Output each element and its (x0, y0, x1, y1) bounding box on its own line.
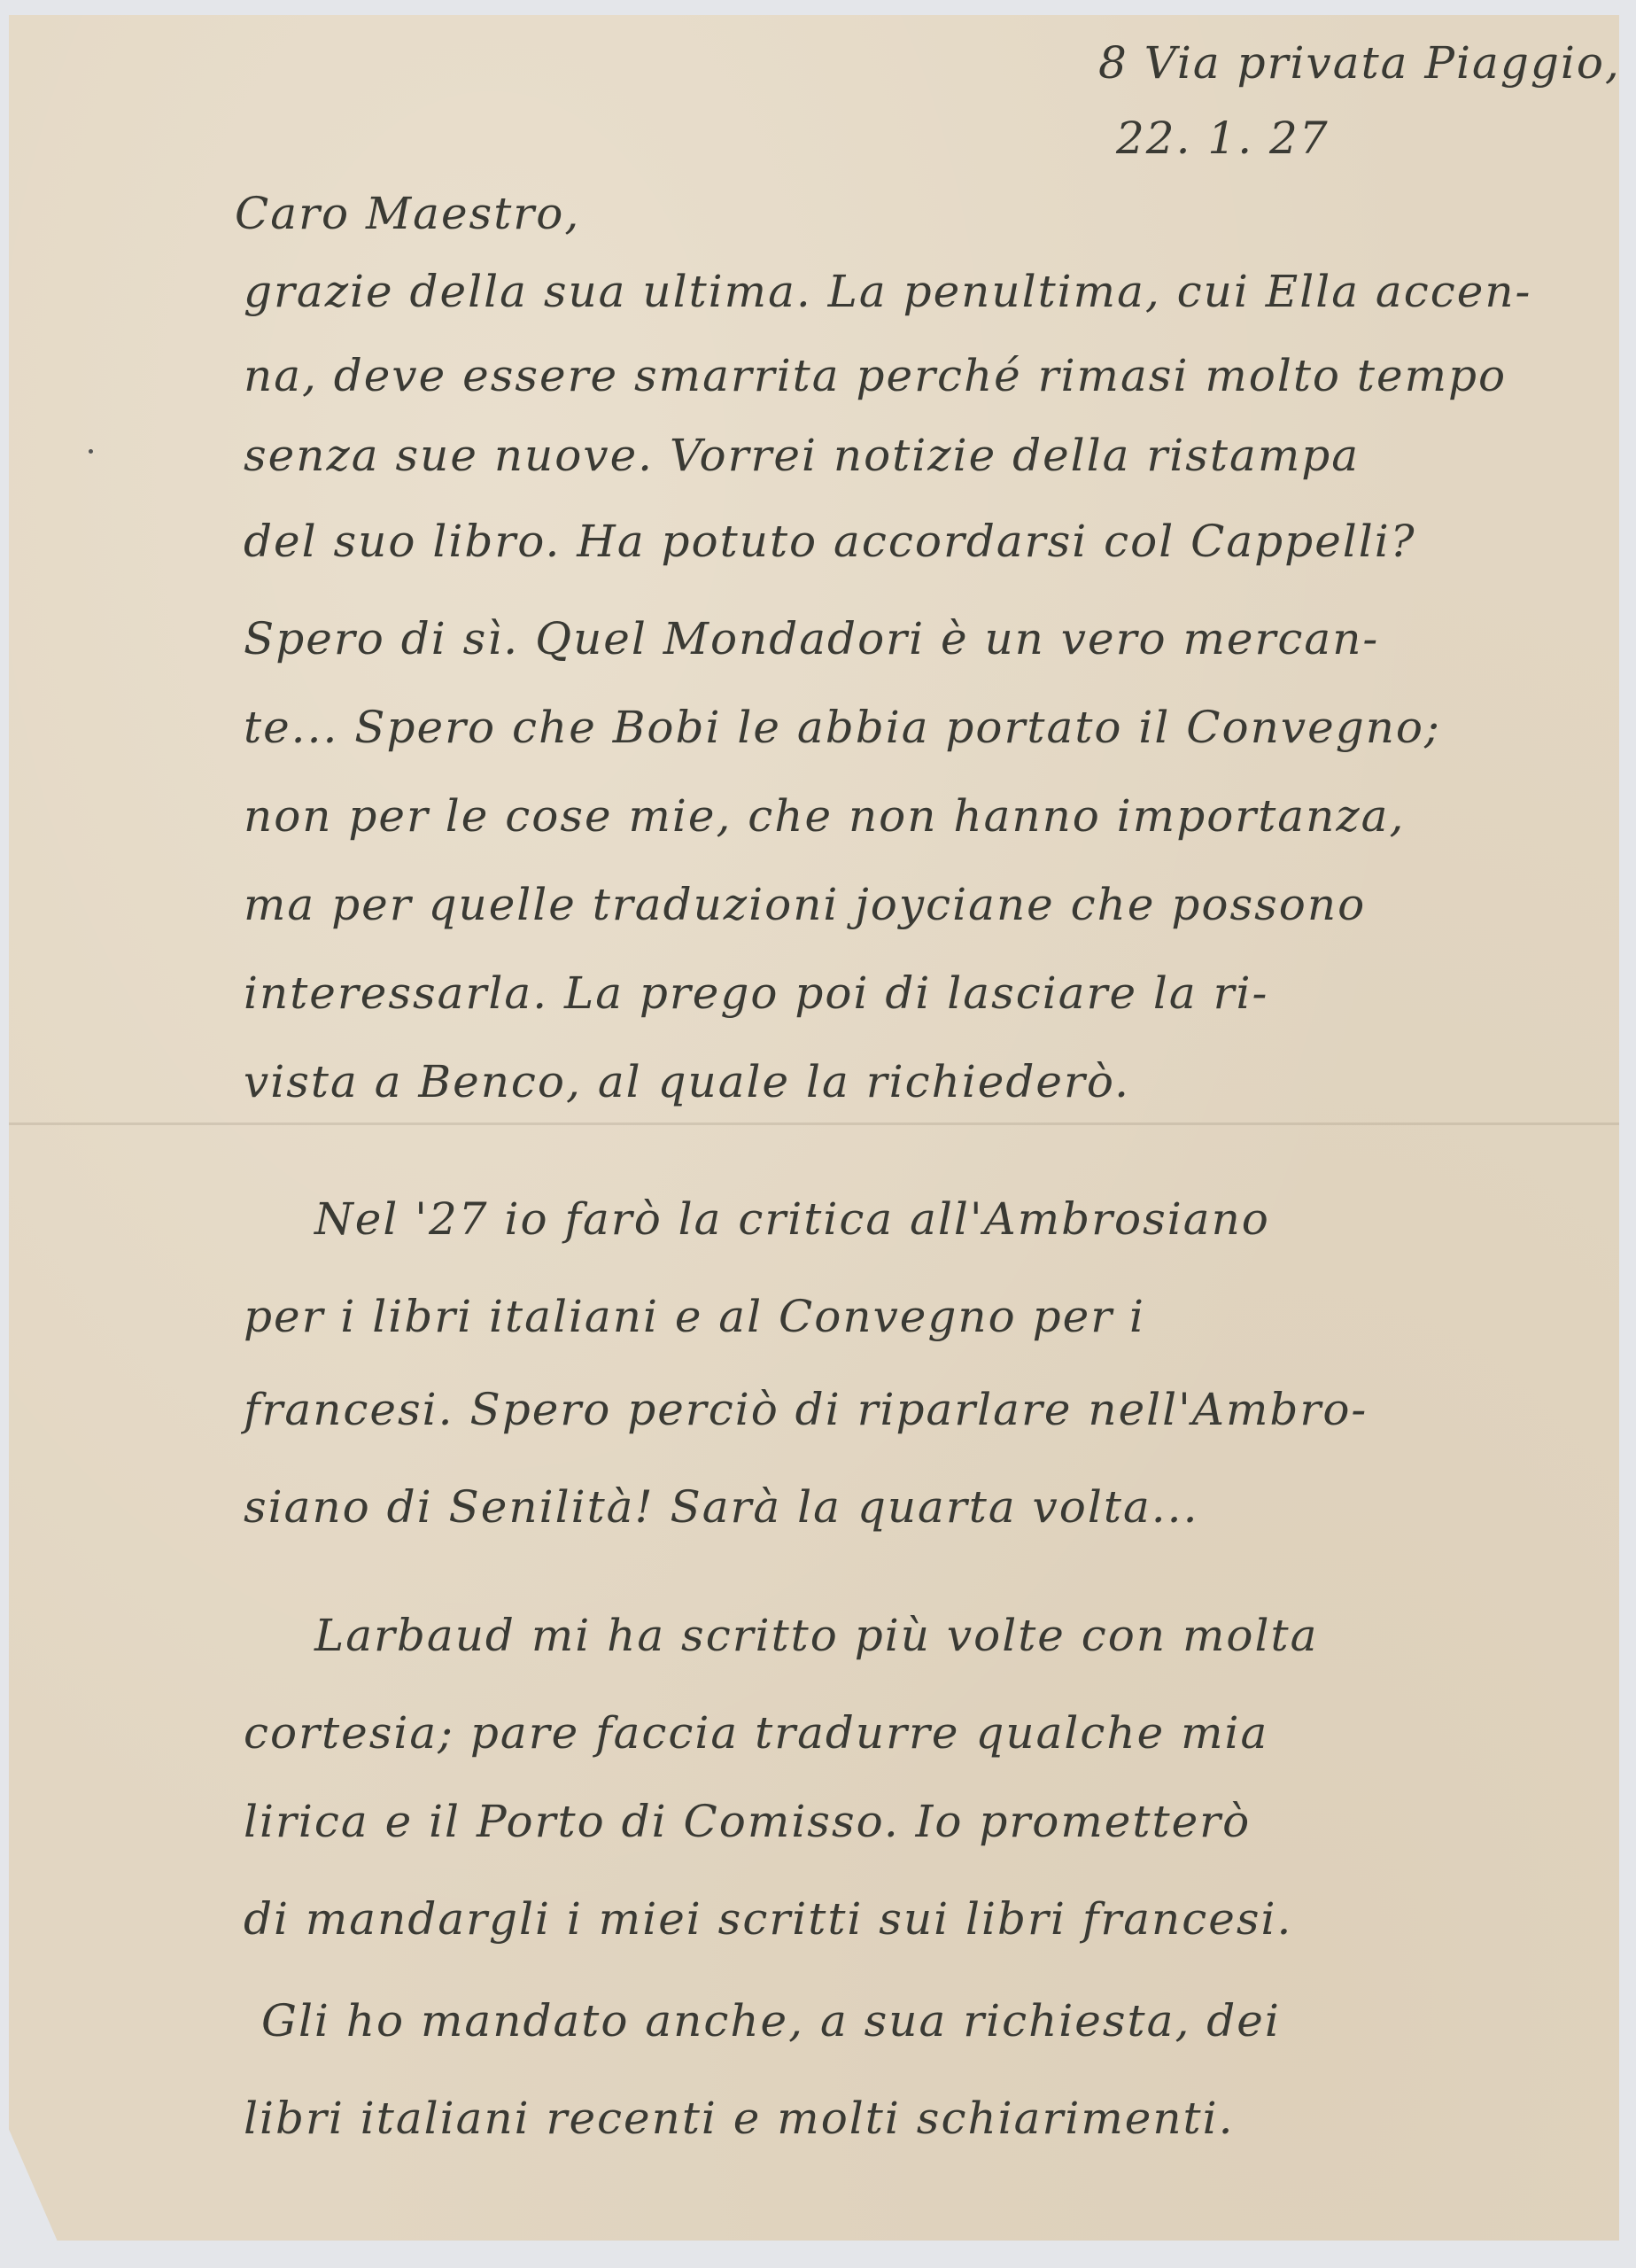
letter-line: lirica e il Porto di Comisso. Io promett… (244, 1796, 1251, 1847)
letter-page: 8 Via privata Piaggio, Genova (6) 22. 1.… (9, 15, 1619, 2241)
letter-line: del suo libro. Ha potuto accordarsi col … (244, 516, 1416, 567)
letter-line: vista a Benco, al quale la richiederò. (244, 1056, 1130, 1107)
ink-mark (89, 449, 93, 454)
letter-line: senza sue nuove. Vorrei notizie della ri… (244, 430, 1360, 481)
letter-line: te... Spero che Bobi le abbia portato il… (244, 702, 1441, 753)
letter-line: Spero di sì. Quel Mondadori è un vero me… (244, 613, 1379, 664)
letter-line: na, deve essere smarrita perché rimasi m… (244, 350, 1507, 401)
letter-line: ma per quelle traduzioni joyciane che po… (244, 879, 1366, 930)
letter-salutation: Caro Maestro, (235, 188, 580, 239)
letter-line: di mandargli i miei scritti sui libri fr… (244, 1893, 1292, 1945)
letter-address: 8 Via privata Piaggio, Genova (6) (1098, 37, 1636, 89)
letter-line: Nel '27 io farò la critica all'Ambrosian… (314, 1193, 1270, 1245)
paper-fold-crease (9, 1122, 1619, 1125)
letter-line: libri italiani recenti e molti schiarime… (244, 2093, 1235, 2144)
letter-line: siano di Senilità! Sarà la quarta volta.… (244, 1481, 1198, 1533)
letter-line: non per le cose mie, che non hanno impor… (244, 790, 1405, 842)
letter-line: grazie della sua ultima. La penultima, c… (244, 266, 1531, 317)
letter-date: 22. 1. 27 (1116, 113, 1330, 164)
letter-line: interessarla. La prego poi di lasciare l… (244, 967, 1268, 1019)
letter-line: per i libri italiani e al Convegno per i (244, 1291, 1145, 1342)
letter-line: Gli ho mandato anche, a sua richiesta, d… (261, 1995, 1281, 2047)
letter-line: cortesia; pare faccia tradurre qualche m… (244, 1707, 1268, 1759)
letter-line: Larbaud mi ha scritto più volte con molt… (314, 1610, 1318, 1661)
letter-line: francesi. Spero perciò di riparlare nell… (244, 1384, 1368, 1435)
